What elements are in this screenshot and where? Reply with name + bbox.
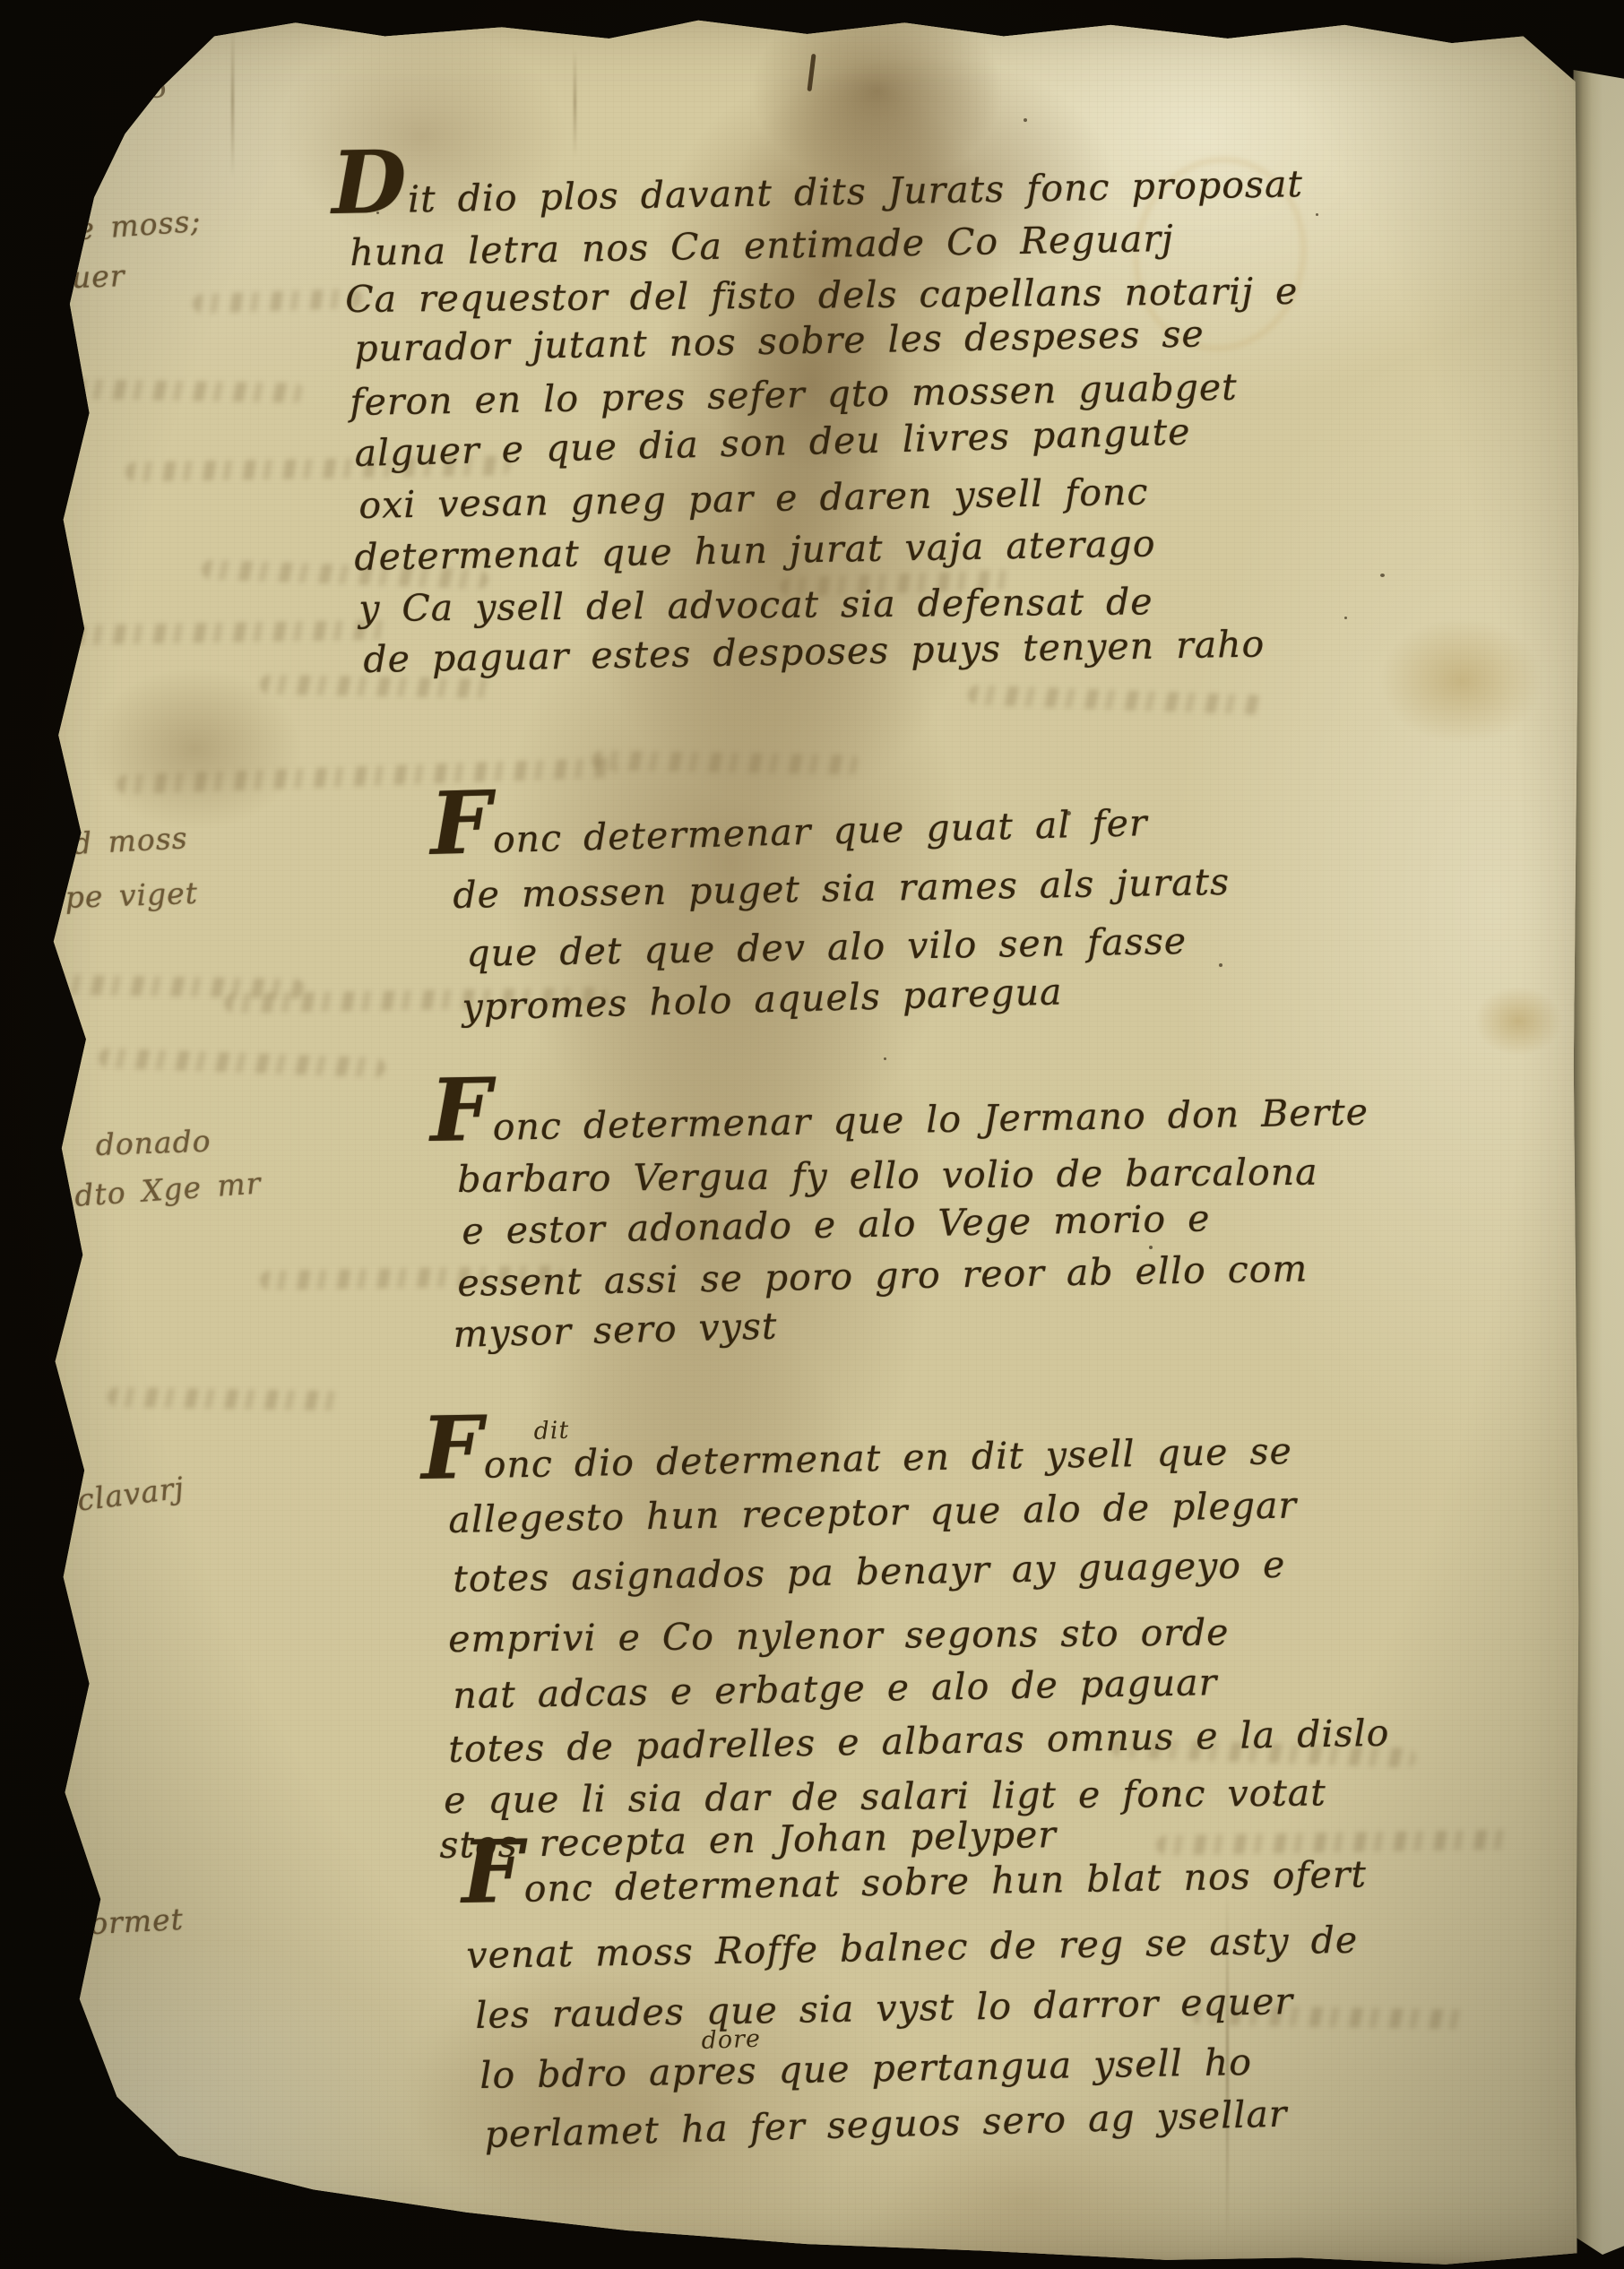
photo-background: 436 126 de moss; alguer Dit dio plos dav… [0, 0, 1624, 2269]
manuscript-page: 436 126 de moss; alguer Dit dio plos dav… [0, 0, 1624, 2269]
adjacent-leaf-edge [1570, 70, 1624, 2255]
pencil-foliation: 126 [86, 2169, 143, 2206]
page-edge-shading [0, 0, 1624, 2269]
